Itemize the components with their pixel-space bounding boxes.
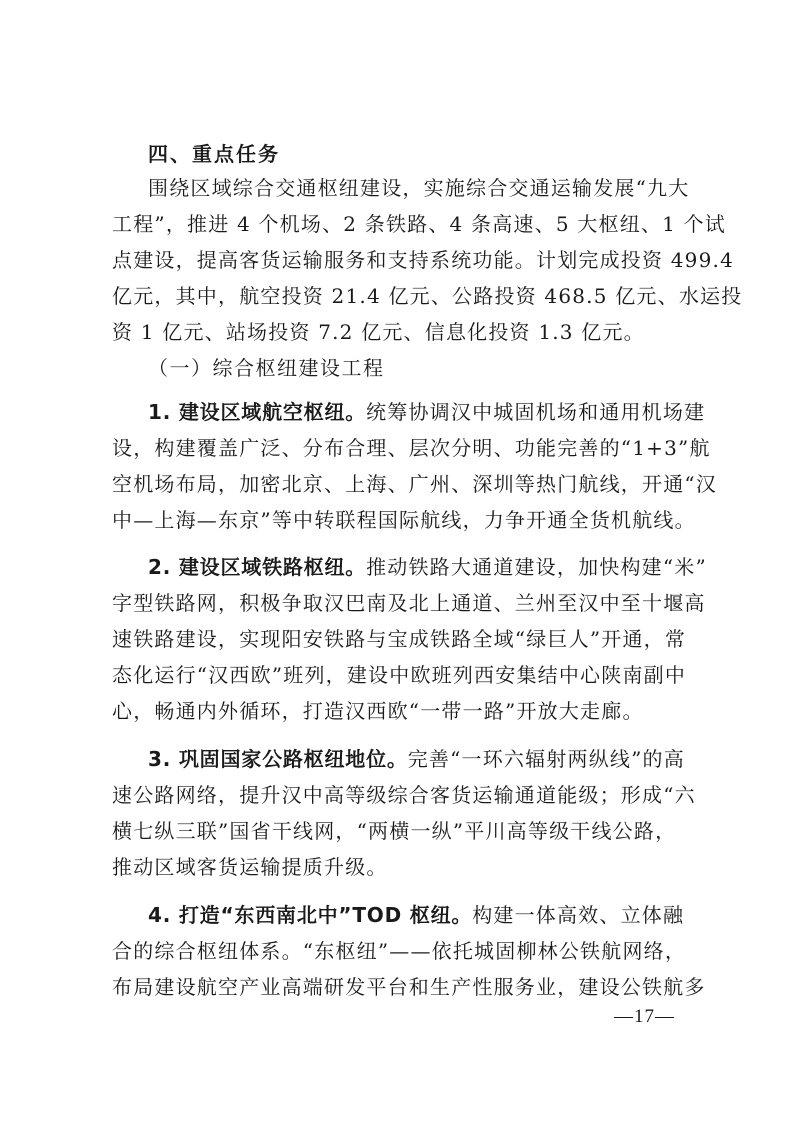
paragraph-line: 心，畅通内外循环，打造汉西欧“一带一路”开放大走廊。 — [112, 697, 712, 725]
list-item-first-line: 2. 建设区域铁路枢纽。推动铁路大通道建设，加快构建“米” — [148, 553, 712, 581]
paragraph-line: 资 1 亿元、站场投资 7.2 亿元、信息化投资 1.3 亿元。 — [112, 318, 712, 346]
paragraph-line: 横七纵三联”国省干线网，“两横一纵”平川高等级干线公路， — [112, 817, 712, 845]
item-lead: 4. 打造“东西南北中”TOD 枢纽。 — [148, 903, 472, 927]
paragraph-line: 围绕区域综合交通枢纽建设，实施综合交通运输发展“九大 — [148, 174, 712, 202]
document-page: 四、重点任务 围绕区域综合交通枢纽建设，实施综合交通运输发展“九大 工程”，推进… — [0, 0, 793, 1122]
paragraph-line: 速铁路建设，实现阳安铁路与宝成铁路全域“绿巨人”开通，常 — [112, 625, 712, 653]
section-heading: 四、重点任务 — [148, 140, 712, 168]
paragraph-line: 设，构建覆盖广泛、分布合理、层次分明、功能完善的“1+3”航 — [112, 434, 712, 462]
item-text: 推动铁路大通道建设，加快构建“米” — [366, 555, 707, 579]
subsection-heading: （一）综合枢纽建设工程 — [148, 354, 748, 382]
page-number: —17— — [614, 1004, 675, 1030]
item-text: 完善“一环六辐射两纵线”的高 — [408, 747, 685, 771]
paragraph-line: 点建设，提高客货运输服务和支持系统功能。计划完成投资 499.4 — [112, 246, 712, 274]
paragraph-line: 速公路网络，提升汉中高等级综合客货运输通道能级；形成“六 — [112, 781, 712, 809]
paragraph-line: 中—上海—东京”等中转联程国际航线，力争开通全货机航线。 — [112, 506, 712, 534]
list-item-first-line: 4. 打造“东西南北中”TOD 枢纽。构建一体高效、立体融 — [148, 901, 712, 929]
paragraph-line: 合的综合枢纽体系。“东枢纽”——依托城固柳林公铁航网络， — [112, 937, 712, 965]
paragraph-line: 亿元，其中，航空投资 21.4 亿元、公路投资 468.5 亿元、水运投 — [112, 282, 712, 310]
paragraph-line: 态化运行“汉西欧”班列，建设中欧班列西安集结中心陕南副中 — [112, 661, 712, 689]
item-lead: 3. 巩固国家公路枢纽地位。 — [148, 747, 408, 771]
paragraph-line: 推动区域客货运输提质升级。 — [112, 853, 712, 881]
list-item-first-line: 1. 建设区域航空枢纽。统筹协调汉中城固机场和通用机场建 — [148, 398, 712, 426]
list-item-first-line: 3. 巩固国家公路枢纽地位。完善“一环六辐射两纵线”的高 — [148, 745, 712, 773]
item-lead: 2. 建设区域铁路枢纽。 — [148, 555, 366, 579]
paragraph-line: 空机场布局，加密北京、上海、广州、深圳等热门航线，开通“汉 — [112, 470, 712, 498]
item-lead: 1. 建设区域航空枢纽。 — [148, 400, 366, 424]
paragraph-line: 布局建设航空产业高端研发平台和生产性服务业，建设公铁航多 — [112, 973, 712, 1001]
item-text: 构建一体高效、立体融 — [472, 903, 684, 927]
paragraph-line: 工程”，推进 4 个机场、2 条铁路、4 条高速、5 大枢纽、1 个试 — [112, 210, 712, 238]
paragraph-line: 字型铁路网，积极争取汉巴南及北上通道、兰州至汉中至十堰高 — [112, 589, 712, 617]
item-text: 统筹协调汉中城固机场和通用机场建 — [366, 400, 705, 424]
